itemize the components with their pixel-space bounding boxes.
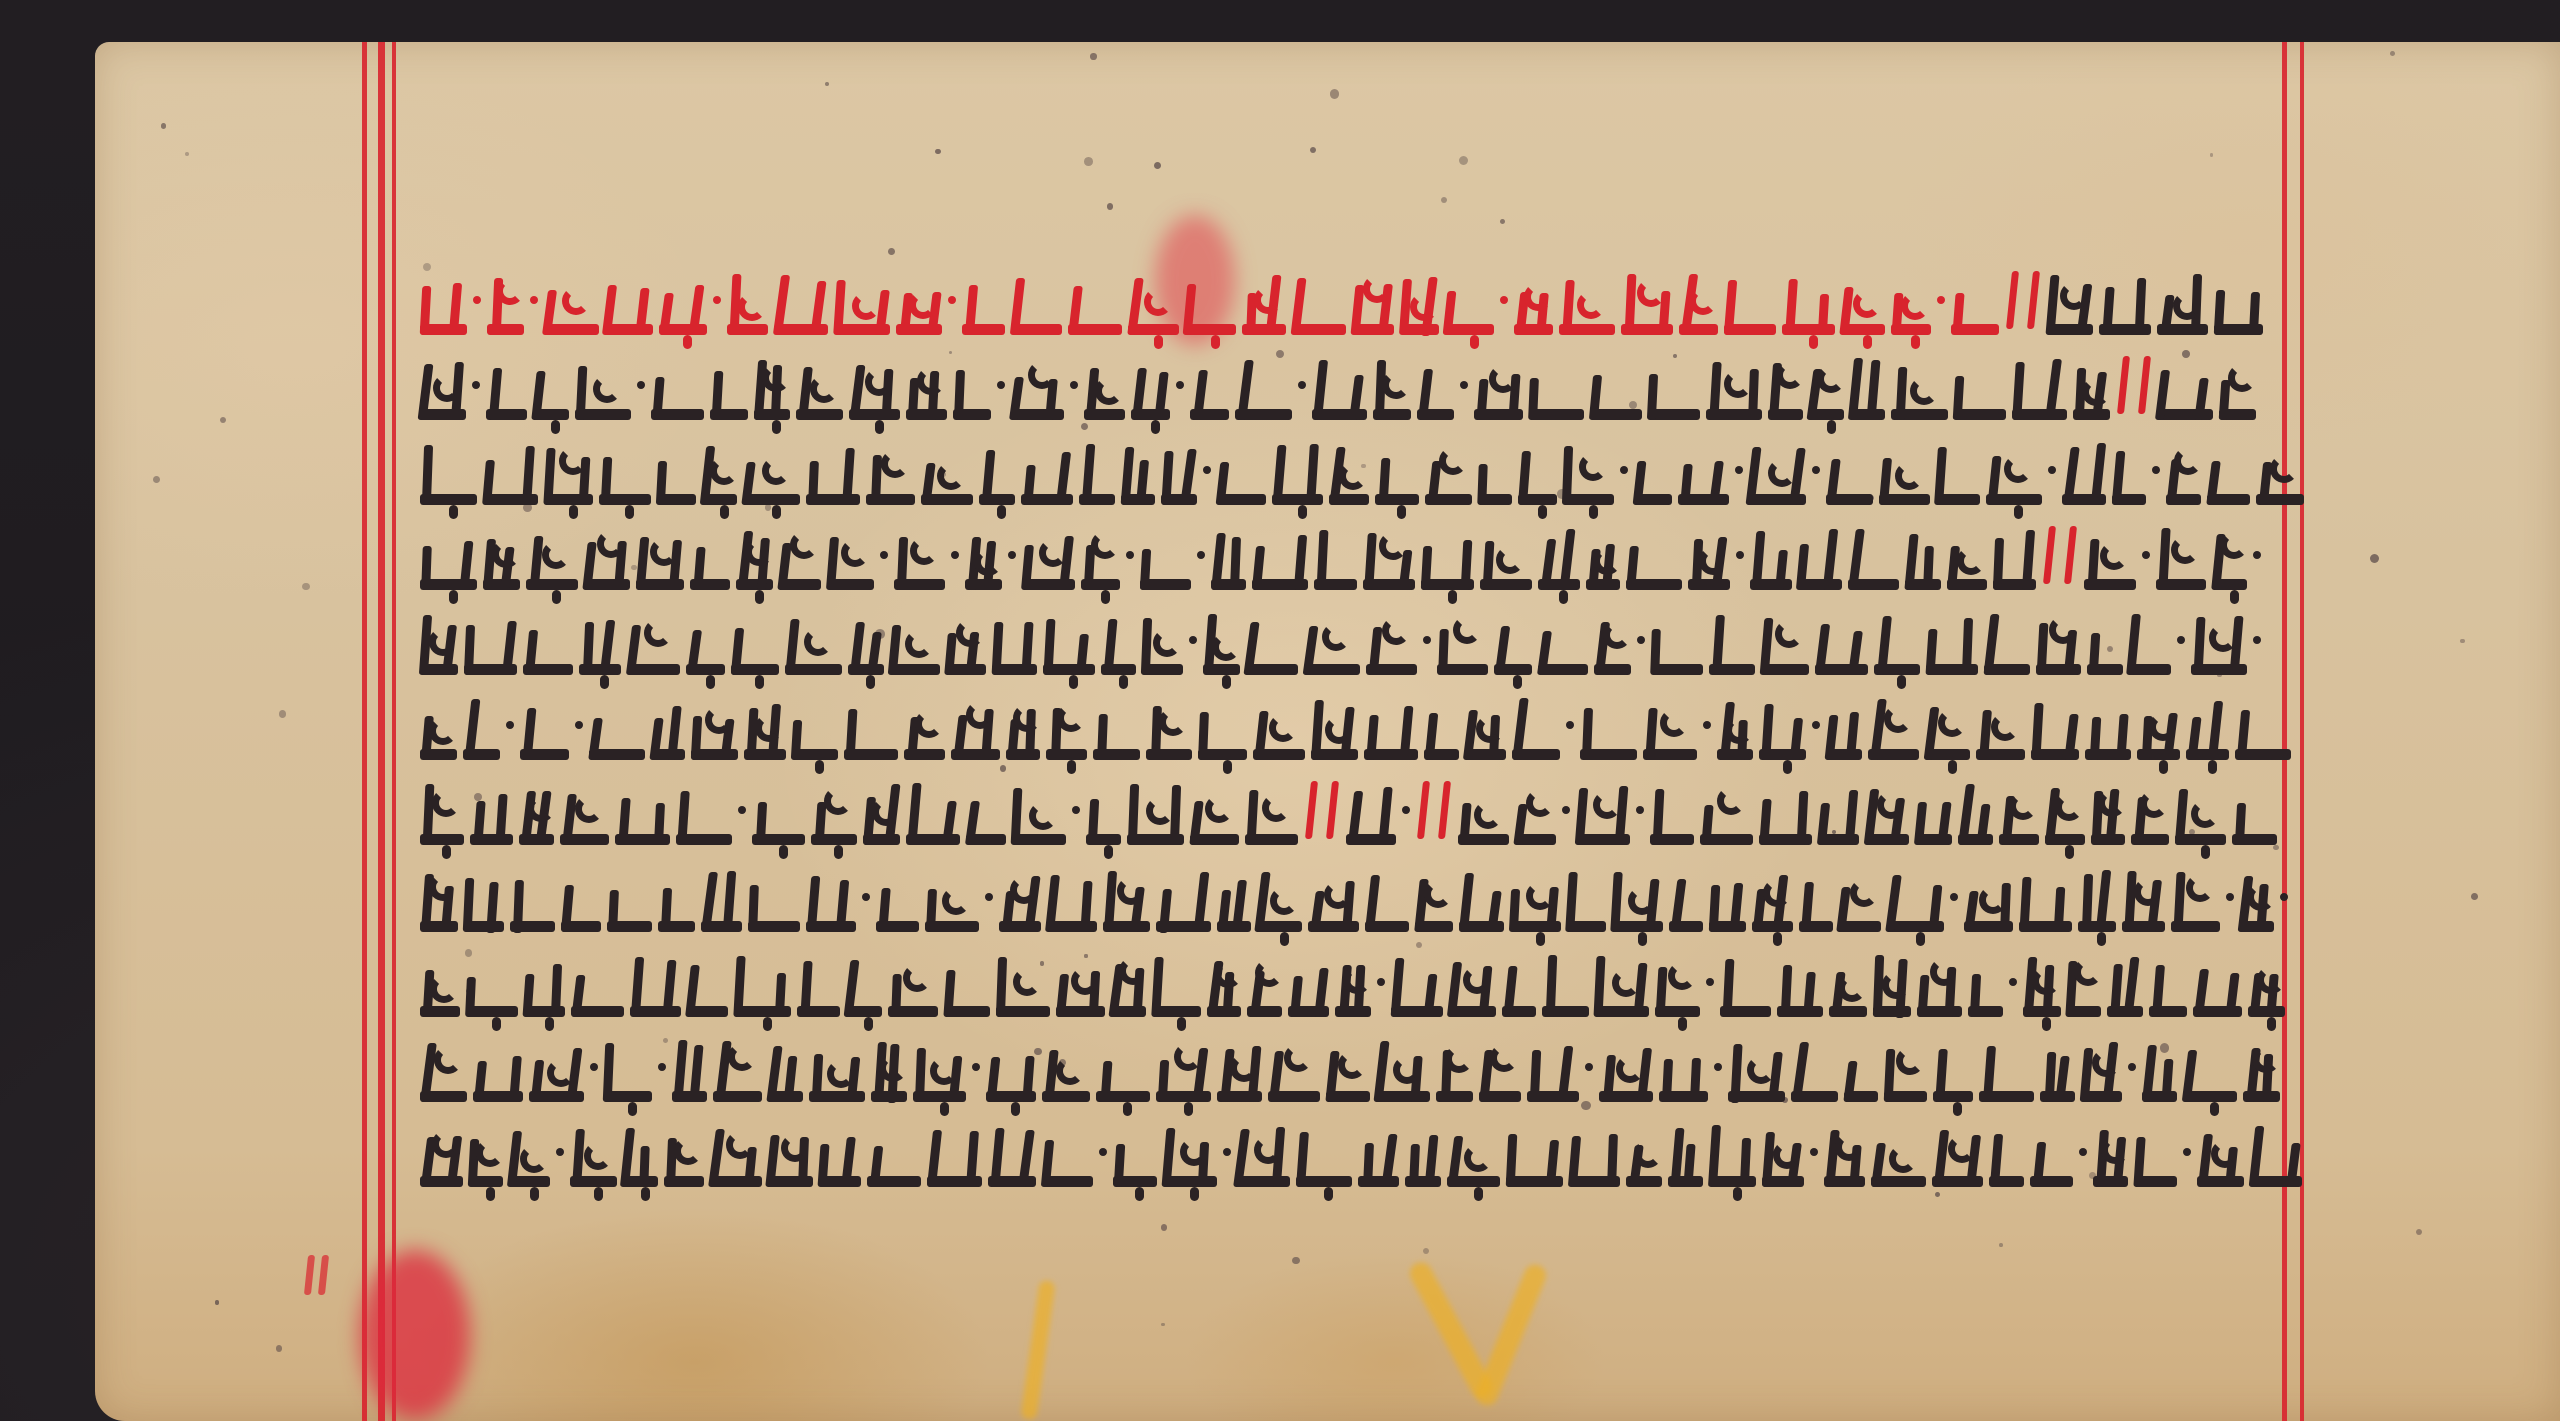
script-glyph [1312,350,1367,420]
word-separator-dot [948,296,956,304]
paper-speck [888,248,895,255]
script-glyph [2087,605,2123,675]
script-glyph [2073,350,2110,420]
script-glyph [1203,605,1240,675]
manuscript-text-line [420,435,2290,505]
script-glyph [2243,1032,2280,1102]
word-separator-dot [1298,381,1306,389]
paper-speck [765,504,772,511]
paper-speck [302,583,309,590]
script-glyph [1121,435,1155,505]
script-glyph [1326,1032,1370,1102]
script-glyph [544,435,593,505]
script-glyph [510,862,555,932]
script-glyph [1415,862,1453,932]
script-glyph [992,605,1037,675]
script-glyph [658,862,695,932]
script-glyph [1700,775,1753,845]
script-glyph [1868,690,1919,760]
script-glyph [1391,947,1443,1017]
script-glyph [523,605,573,675]
script-glyph [526,520,578,590]
script-glyph [996,947,1050,1017]
script-glyph [844,690,898,760]
word-separator-dot [1937,296,1945,304]
yellow-stain [1020,1280,1055,1421]
script-glyph [1634,435,1672,505]
script-glyph [1304,605,1360,675]
word-separator-dot [1566,721,1574,729]
paper-speck [1107,203,1114,210]
script-glyph [2149,947,2187,1017]
paper-speck [1581,1101,1590,1110]
paper-speck [1161,1224,1168,1231]
script-glyph [1917,947,1962,1017]
script-glyph [744,690,786,760]
manuscript-text-line [420,690,2290,760]
script-glyph [876,862,919,932]
margin-rule [378,42,385,1421]
word-separator-dot [556,1148,564,1156]
script-glyph [809,1032,865,1102]
script-glyph [1612,862,1663,932]
script-glyph [1510,862,1561,932]
script-glyph [1268,1032,1320,1102]
script-glyph [1245,775,1298,845]
word-separator-dot [1714,1063,1722,1071]
script-glyph [1253,690,1305,760]
script-glyph [896,265,942,335]
script-glyph [630,947,681,1017]
script-glyph [1021,435,1073,505]
script-glyph [1651,605,1703,675]
script-glyph [2191,605,2247,675]
script-glyph [1247,947,1282,1017]
word-separator-dot [1197,551,1205,559]
script-glyph [1084,350,1125,420]
script-glyph [690,520,730,590]
word-separator-dot [1070,381,1078,389]
word-separator-dot [1637,636,1645,644]
script-glyph [464,605,517,675]
script-glyph [1925,690,1970,760]
danda-mark [2138,356,2151,414]
script-glyph [1759,690,1806,760]
paper-speck [153,476,160,483]
paper-speck [935,149,940,154]
script-glyph [607,862,652,932]
script-glyph [1798,520,1842,590]
script-glyph [1480,520,1532,590]
script-glyph [1655,947,1700,1017]
script-glyph [560,775,609,845]
script-glyph [1474,350,1523,420]
script-glyph [486,350,527,420]
script-glyph [1142,605,1183,675]
script-glyph [1669,862,1703,932]
word-separator-dot [1706,978,1714,986]
script-glyph [1782,265,1835,335]
script-glyph [1043,605,1095,675]
script-glyph [605,265,653,335]
paper-speck [276,1345,282,1351]
script-glyph [1358,1117,1399,1187]
script-glyph [1128,265,1179,335]
script-glyph [420,1117,463,1187]
script-glyph [731,605,779,675]
word-separator-dot [1620,466,1628,474]
script-glyph [1421,520,1474,590]
script-glyph [1841,265,1885,335]
script-glyph [657,435,696,505]
paper-speck [1330,89,1340,99]
script-glyph [921,435,973,505]
script-glyph [1865,775,1909,845]
script-glyph [768,1117,813,1187]
script-glyph [420,775,464,845]
script-glyph [1447,1117,1500,1187]
script-glyph [672,1032,707,1102]
script-glyph [529,1032,584,1102]
script-glyph [1824,1117,1865,1187]
script-glyph [2023,947,2061,1017]
script-glyph [894,520,945,590]
script-glyph [867,1117,921,1187]
script-glyph [1679,265,1718,335]
word-separator-dot [1636,806,1644,814]
script-glyph [1081,520,1120,590]
script-glyph [2062,435,2106,505]
script-glyph [1951,265,1999,335]
script-glyph [774,265,828,335]
script-glyph [1586,520,1620,590]
script-glyph [713,1032,762,1102]
script-glyph [866,435,915,505]
script-glyph [1156,862,1211,932]
word-separator-dot [2280,893,2288,901]
script-glyph [1648,350,1700,420]
script-glyph [2207,435,2250,505]
script-glyph [1752,862,1793,932]
paper-speck [279,710,287,718]
script-glyph [1375,435,1419,505]
word-separator-dot [1812,466,1820,474]
script-glyph [1933,1032,1973,1102]
script-glyph [1954,350,2006,420]
manuscript-text-line [420,775,2290,845]
script-glyph [1871,1117,1926,1187]
script-glyph [2183,1032,2237,1102]
script-glyph [2256,435,2304,505]
manuscript-text-line [420,1117,2290,1187]
script-glyph [736,520,773,590]
script-glyph [904,690,945,760]
word-separator-dot [1189,636,1197,644]
script-glyph [2099,265,2151,335]
script-glyph [1932,1117,1983,1187]
word-separator-dot [997,381,1005,389]
paper-speck [1161,1323,1165,1327]
script-glyph [702,435,737,505]
script-glyph [1989,1117,2024,1187]
script-glyph [1891,265,1931,335]
script-glyph [1709,1117,1756,1187]
script-glyph [2158,350,2213,420]
script-glyph [2250,1117,2302,1187]
script-glyph [2235,690,2291,760]
script-glyph [2085,690,2131,760]
paper-speck [1310,147,1316,153]
margin-rule [2300,42,2304,1421]
script-glyph [846,947,882,1017]
script-glyph [1749,435,1806,505]
word-separator-dot [1950,893,1958,901]
manuscript-text-line [420,605,2290,675]
script-glyph [1791,1032,1838,1102]
script-glyph [1576,775,1630,845]
script-glyph [1563,435,1614,505]
paper-speck [2471,893,2478,900]
script-glyph [1829,947,1867,1017]
manuscript-text-line [420,947,2290,1017]
script-glyph [420,350,466,420]
script-glyph [1815,605,1868,675]
script-glyph [659,265,707,335]
script-glyph [1465,690,1506,760]
paper-speck [1154,162,1161,169]
script-glyph [2107,947,2143,1017]
script-glyph [986,1032,1036,1102]
script-glyph [1936,435,1980,505]
script-glyph [2219,350,2256,420]
word-separator-dot [2152,466,2160,474]
word-separator-dot [1377,978,1385,986]
word-separator-dot [1500,296,1508,304]
script-glyph [1999,775,2039,845]
word-separator-dot [2128,1063,2136,1071]
script-glyph [1542,947,1589,1017]
danda-mark [2117,356,2130,414]
script-glyph [2112,435,2146,505]
script-glyph [913,1032,966,1102]
word-separator-dot [2079,1148,2087,1156]
script-glyph [470,775,513,845]
script-glyph [2019,862,2072,932]
script-glyph [1190,775,1239,845]
script-glyph [2175,775,2226,845]
script-glyph [849,350,900,420]
script-glyph [627,605,680,675]
script-glyph [2084,520,2136,590]
paper-speck [1441,197,1447,203]
word-separator-dot [530,296,538,304]
script-glyph [1329,435,1369,505]
script-glyph [2156,520,2206,590]
script-glyph [1400,265,1439,335]
script-glyph [1559,265,1615,335]
script-glyph [1518,435,1557,505]
script-glyph [1056,947,1105,1017]
script-glyph [1140,520,1191,590]
word-separator-dot [506,721,514,729]
script-glyph [827,520,874,590]
script-glyph [1826,690,1862,760]
paper-speck [1090,53,1096,59]
script-glyph [1111,947,1146,1017]
margin-rule [362,42,367,1421]
script-glyph [2012,350,2067,420]
word-separator-dot [1812,721,1820,729]
script-glyph [1538,520,1580,590]
script-glyph [1844,1032,1878,1102]
script-glyph [2036,605,2081,675]
script-glyph [1217,862,1251,932]
script-glyph [834,265,890,335]
word-separator-dot [2009,978,2017,986]
script-glyph [906,350,947,420]
word-separator-dot [1562,806,1570,814]
script-glyph [1984,605,2030,675]
script-glyph [487,265,524,335]
script-glyph [944,947,990,1017]
word-separator-dot [1736,551,1744,559]
script-glyph [1595,947,1649,1017]
word-separator-dot [951,551,959,559]
script-glyph [1768,350,1803,420]
script-glyph [1242,265,1286,335]
paper-speck [220,417,226,423]
script-glyph [686,605,725,675]
script-glyph [1777,947,1823,1017]
script-glyph [792,690,838,760]
script-glyph [615,775,670,845]
script-glyph [1590,350,1642,420]
script-glyph [1163,1117,1217,1187]
script-glyph [420,947,460,1017]
script-glyph [1529,350,1584,420]
script-glyph [579,605,621,675]
script-glyph [584,520,630,590]
script-glyph [1968,947,2003,1017]
script-glyph [1042,1117,1093,1187]
script-glyph [664,1117,704,1187]
script-glyph [953,350,991,420]
margin-rule [392,42,396,1421]
script-glyph [1874,605,1920,675]
script-glyph [927,1117,982,1187]
script-glyph [420,605,458,675]
script-glyph [1976,690,2025,760]
script-glyph [2137,690,2180,760]
paper-speck [2390,51,2395,56]
script-glyph [2240,862,2274,932]
script-glyph [2081,1032,2122,1102]
script-glyph [965,520,1002,590]
script-glyph [988,1117,1036,1187]
script-glyph [1762,1117,1804,1187]
manuscript-folio: Photograph of an aged manuscript folio w… [95,42,2560,1421]
script-glyph [1458,775,1509,845]
script-glyph [1527,1032,1579,1102]
script-glyph [1750,520,1792,590]
script-glyph [1257,862,1302,932]
script-glyph [701,862,742,932]
script-glyph [483,520,520,590]
word-separator-dot [2253,636,2261,644]
script-glyph [676,775,732,845]
paper-speck [2273,845,2278,850]
script-glyph [1668,1117,1703,1187]
script-glyph [1887,862,1944,932]
script-glyph [473,1032,523,1102]
script-glyph [1879,435,1930,505]
margin-red-danda [304,1255,315,1295]
script-glyph [520,690,569,760]
script-glyph [1884,1032,1927,1102]
script-glyph [1042,1032,1090,1102]
script-glyph [1352,265,1394,335]
yellow-stain [1473,1261,1550,1408]
script-glyph [1569,1117,1620,1187]
script-glyph [1979,1032,2034,1102]
paper-speck [825,82,829,86]
script-glyph [848,605,884,675]
script-glyph [519,775,554,845]
script-glyph [806,862,856,932]
script-glyph [1047,862,1097,932]
script-glyph [1376,1032,1430,1102]
word-separator-dot [658,1063,666,1071]
script-glyph [863,775,900,845]
script-glyph [1211,520,1246,590]
script-glyph [1839,862,1881,932]
script-glyph [1022,520,1075,590]
script-glyph [871,1032,907,1102]
script-glyph [1437,605,1488,675]
paper-speck [1500,219,1505,224]
script-glyph [1296,1117,1352,1187]
script-glyph [1217,435,1266,505]
script-glyph [1190,350,1229,420]
word-separator-dot [880,551,888,559]
manuscript-text-line [420,350,2290,420]
script-glyph [1688,520,1730,590]
paper-speck [2370,554,2379,563]
script-glyph [2093,1117,2128,1187]
script-glyph [1292,265,1346,335]
script-glyph [1198,690,1247,760]
script-glyph [1156,1032,1211,1102]
manuscript-text-line [420,862,2290,932]
script-glyph [2166,435,2201,505]
script-glyph [2045,775,2085,845]
script-glyph [691,690,738,760]
script-glyph [710,350,748,420]
script-glyph [1599,1032,1653,1102]
script-glyph [1101,605,1136,675]
script-glyph [2197,1117,2244,1187]
script-glyph [636,520,684,590]
word-separator-dot [1099,1148,1107,1156]
manuscript-text-line [420,1032,2290,1102]
script-glyph [1445,265,1494,335]
paper-speck [1000,765,1006,771]
word-separator-dot [1402,806,1410,814]
script-glyph [533,350,569,420]
script-glyph [1185,265,1236,335]
script-glyph [2129,605,2171,675]
script-glyph [2232,775,2277,845]
